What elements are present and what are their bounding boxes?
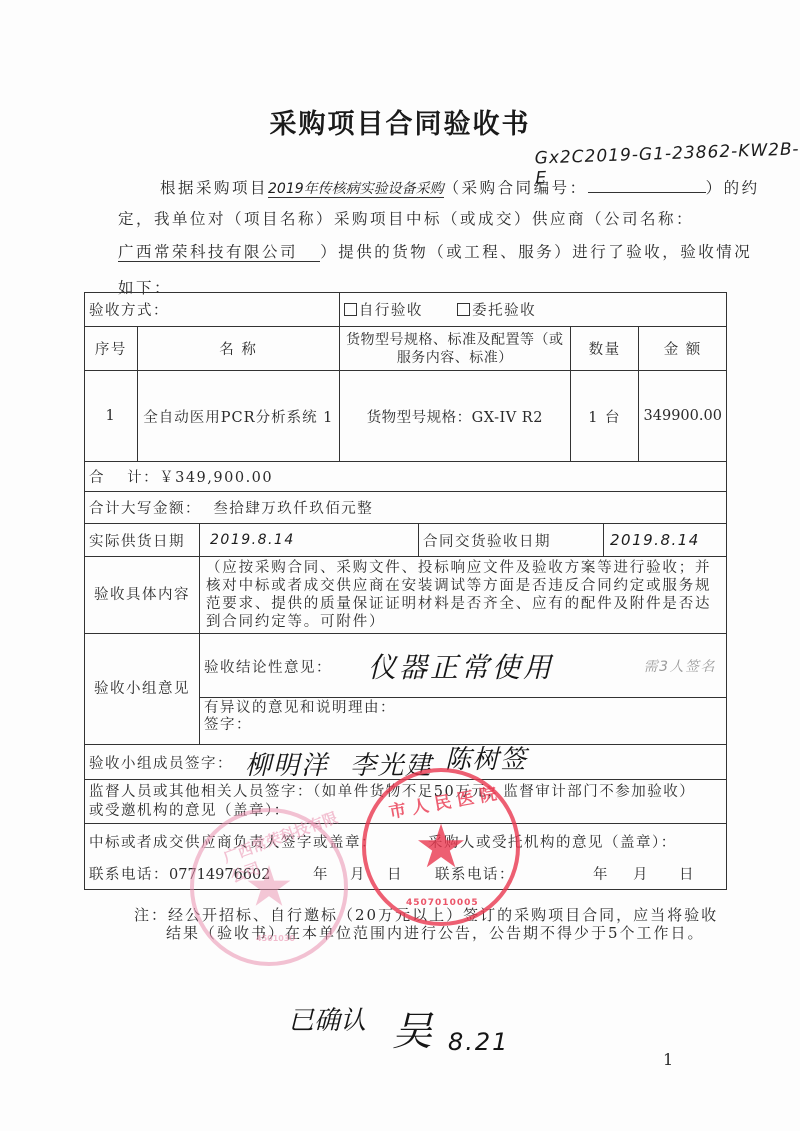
pencil-note: 需3人签名	[644, 656, 716, 676]
members-label: 验收小组成员签字：	[89, 756, 233, 772]
row-amount: 349900.00	[639, 371, 727, 462]
total-cell: 合 计：￥349,900.00	[85, 462, 727, 492]
contract-number-blank	[588, 178, 706, 193]
row-name: 全自动医用PCR分析系统 1	[137, 371, 339, 462]
intro-mid: （采购合同编号：	[444, 179, 588, 197]
intro-prefix: 根据采购项目	[160, 179, 268, 197]
option-entrusted-acceptance[interactable]: 委托验收	[457, 303, 536, 319]
checkbox-icon[interactable]	[344, 303, 357, 316]
contract-delivery-label: 合同交货验收日期	[419, 524, 604, 556]
page-number: 1	[663, 1050, 673, 1069]
content-label: 验收具体内容	[85, 557, 200, 633]
actual-delivery-value: 2019.8.14	[200, 524, 419, 556]
method-row: 验收方式： 自行验收 委托验收	[85, 293, 727, 327]
row-qty: 1 台	[570, 371, 639, 462]
purchaser-date-day: 日	[679, 863, 695, 884]
objection-label: 有异议的意见和说明理由：	[204, 700, 722, 717]
purchaser-date-year: 年	[593, 863, 609, 884]
content-row: 验收具体内容 （应按采购合同、采购文件、投标响应文件及验收方案等进行验收；并核对…	[85, 557, 727, 634]
objection-cell: 有异议的意见和说明理由： 签字：	[200, 698, 726, 744]
actual-delivery-label: 实际供货日期	[85, 524, 200, 556]
handwritten-confirmation: 已确认	[288, 1000, 366, 1037]
total-value: ￥349,900.00	[159, 470, 273, 486]
intro-line-3: 广西常荣科技有限公司 ）提供的货物（或工程、服务）进行了验收，验收情况	[118, 240, 752, 262]
supervisor-cell: 监督人员或其他相关人员签字：（如单件货物不足50万元，监督审计部门不参加验收） …	[85, 780, 727, 824]
supervisor-label: 监督人员或其他相关人员签字：（如单件货物不足50万元，监督审计部门不参加验收）	[89, 783, 722, 802]
supplier-phone: 07714976602	[169, 867, 270, 883]
supplier-phone-line: 联系电话：07714976602	[89, 863, 270, 884]
handwritten-date: 8.21	[448, 1028, 509, 1056]
member-signature-3: 陈树签	[445, 739, 528, 776]
supplier-phone-label: 联系电话：	[89, 867, 169, 883]
supervisor-row: 监督人员或其他相关人员签字：（如单件货物不足50万元，监督审计部门不参加验收） …	[85, 780, 727, 824]
purchaser-date-month: 月	[633, 863, 649, 884]
objection-sign-label: 签字：	[204, 717, 722, 734]
supplier-date-month: 月	[350, 863, 366, 884]
supplier-date-day: 日	[387, 863, 403, 884]
supplier-date-year: 年	[313, 863, 329, 884]
table-row: 1 全自动医用PCR分析系统 1 货物型号规格：GX-IV R2 1 台 349…	[85, 371, 727, 462]
delivery-date-row: 实际供货日期 2019.8.14 合同交货验收日期 2019.8.14	[85, 524, 727, 557]
conclusion-handwritten: 仪器正常使用	[368, 646, 554, 686]
content-text: （应按采购合同、采购文件、投标响应文件及验收方案等进行验收；并核对中标或者成交供…	[200, 557, 726, 633]
total-label: 合 计：	[89, 470, 159, 486]
header-spec: 货物型号规格、标准及配置等（或服务内容、标准）	[339, 327, 570, 371]
method-options: 自行验收 委托验收	[339, 293, 726, 327]
header-name: 名 称	[137, 327, 339, 371]
row-seq: 1	[85, 371, 138, 462]
member-signature-2: 李光建	[350, 745, 433, 782]
group-opinion-row: 验收小组意见 验收结论性意见： 仪器正常使用 需3人签名 有异议的意见和说明理由…	[85, 634, 727, 745]
handwritten-signature: 吴	[392, 1000, 432, 1057]
header-amount: 金 额	[639, 327, 727, 371]
contract-delivery-value: 2019.8.14	[604, 524, 726, 556]
handwritten-project-name: 2019年传核病实验设备采购	[268, 181, 444, 198]
method-label: 验收方式：	[85, 293, 340, 327]
delivery-date-cell: 实际供货日期 2019.8.14 合同交货验收日期 2019.8.14	[85, 524, 727, 557]
total-row: 合 计：￥349,900.00	[85, 462, 727, 492]
header-qty: 数量	[570, 327, 639, 371]
document-title: 采购项目合同验收书	[0, 102, 800, 141]
content-cell: 验收具体内容 （应按采购合同、采购文件、投标响应文件及验收方案等进行验收；并核对…	[85, 557, 727, 634]
purchaser-phone-label: 联系电话：	[435, 863, 515, 884]
members-row: 验收小组成员签字： 柳明洋 李光建 陈树签	[85, 745, 727, 780]
supervisor-label-2: 或受邀机构的意见（盖章）：	[89, 802, 722, 821]
signatures-row: 中标或者成交供应商负责人签字或盖章： 采购人或受托机构的意见（盖章）： 联系电话…	[85, 824, 727, 890]
header-row: 序号 名 称 货物型号规格、标准及配置等（或服务内容、标准） 数量 金 额	[85, 327, 727, 371]
total-words-row: 合计大写金额： 叁拾肆万玖仟玖佰元整	[85, 492, 727, 524]
option-self-acceptance[interactable]: 自行验收	[344, 303, 423, 319]
intro-line-3-suffix: ）提供的货物（或工程、服务）进行了验收，验收情况	[320, 243, 752, 261]
note-line-2: 结果（验收书）在本单位范围内进行公告，公告期不得少于5个工作日。	[166, 922, 705, 943]
conclusion-cell: 验收结论性意见： 仪器正常使用 需3人签名	[200, 634, 726, 698]
group-opinion-cell: 验收小组意见 验收结论性意见： 仪器正常使用 需3人签名 有异议的意见和说明理由…	[85, 634, 727, 745]
acceptance-form-table: 验收方式： 自行验收 委托验收 序号 名 称 货物型号规格、标准及配置等（或服务…	[84, 292, 727, 890]
total-words-label: 合计大写金额：	[89, 501, 201, 517]
header-seq: 序号	[85, 327, 138, 371]
supplier-name: 广西常荣科技有限公司	[118, 243, 320, 262]
total-words-value: 叁拾肆万玖仟玖佰元整	[213, 501, 373, 517]
supplier-sign-label: 中标或者成交供应商负责人签字或盖章：	[89, 831, 377, 852]
purchaser-opinion-label: 采购人或受托机构的意见（盖章）：	[428, 831, 677, 852]
signatures-cell: 中标或者成交供应商负责人签字或盖章： 采购人或受托机构的意见（盖章）： 联系电话…	[85, 824, 727, 890]
total-words-cell: 合计大写金额： 叁拾肆万玖仟玖佰元整	[85, 492, 727, 524]
conclusion-label: 验收结论性意见：	[204, 656, 332, 677]
intro-suffix: ）的约	[706, 179, 760, 197]
group-label: 验收小组意见	[85, 634, 200, 744]
intro-line-1: 根据采购项目2019年传核病实验设备采购（采购合同编号：）的约	[160, 176, 760, 198]
member-signature-1: 柳明洋	[245, 745, 329, 782]
checkbox-icon[interactable]	[457, 303, 470, 316]
members-cell: 验收小组成员签字： 柳明洋 李光建 陈树签	[85, 745, 727, 780]
intro-line-2: 定，我单位对（项目名称）采购项目中标（或成交）供应商（公司名称：	[118, 207, 694, 229]
row-spec: 货物型号规格：GX-IV R2	[339, 371, 570, 462]
